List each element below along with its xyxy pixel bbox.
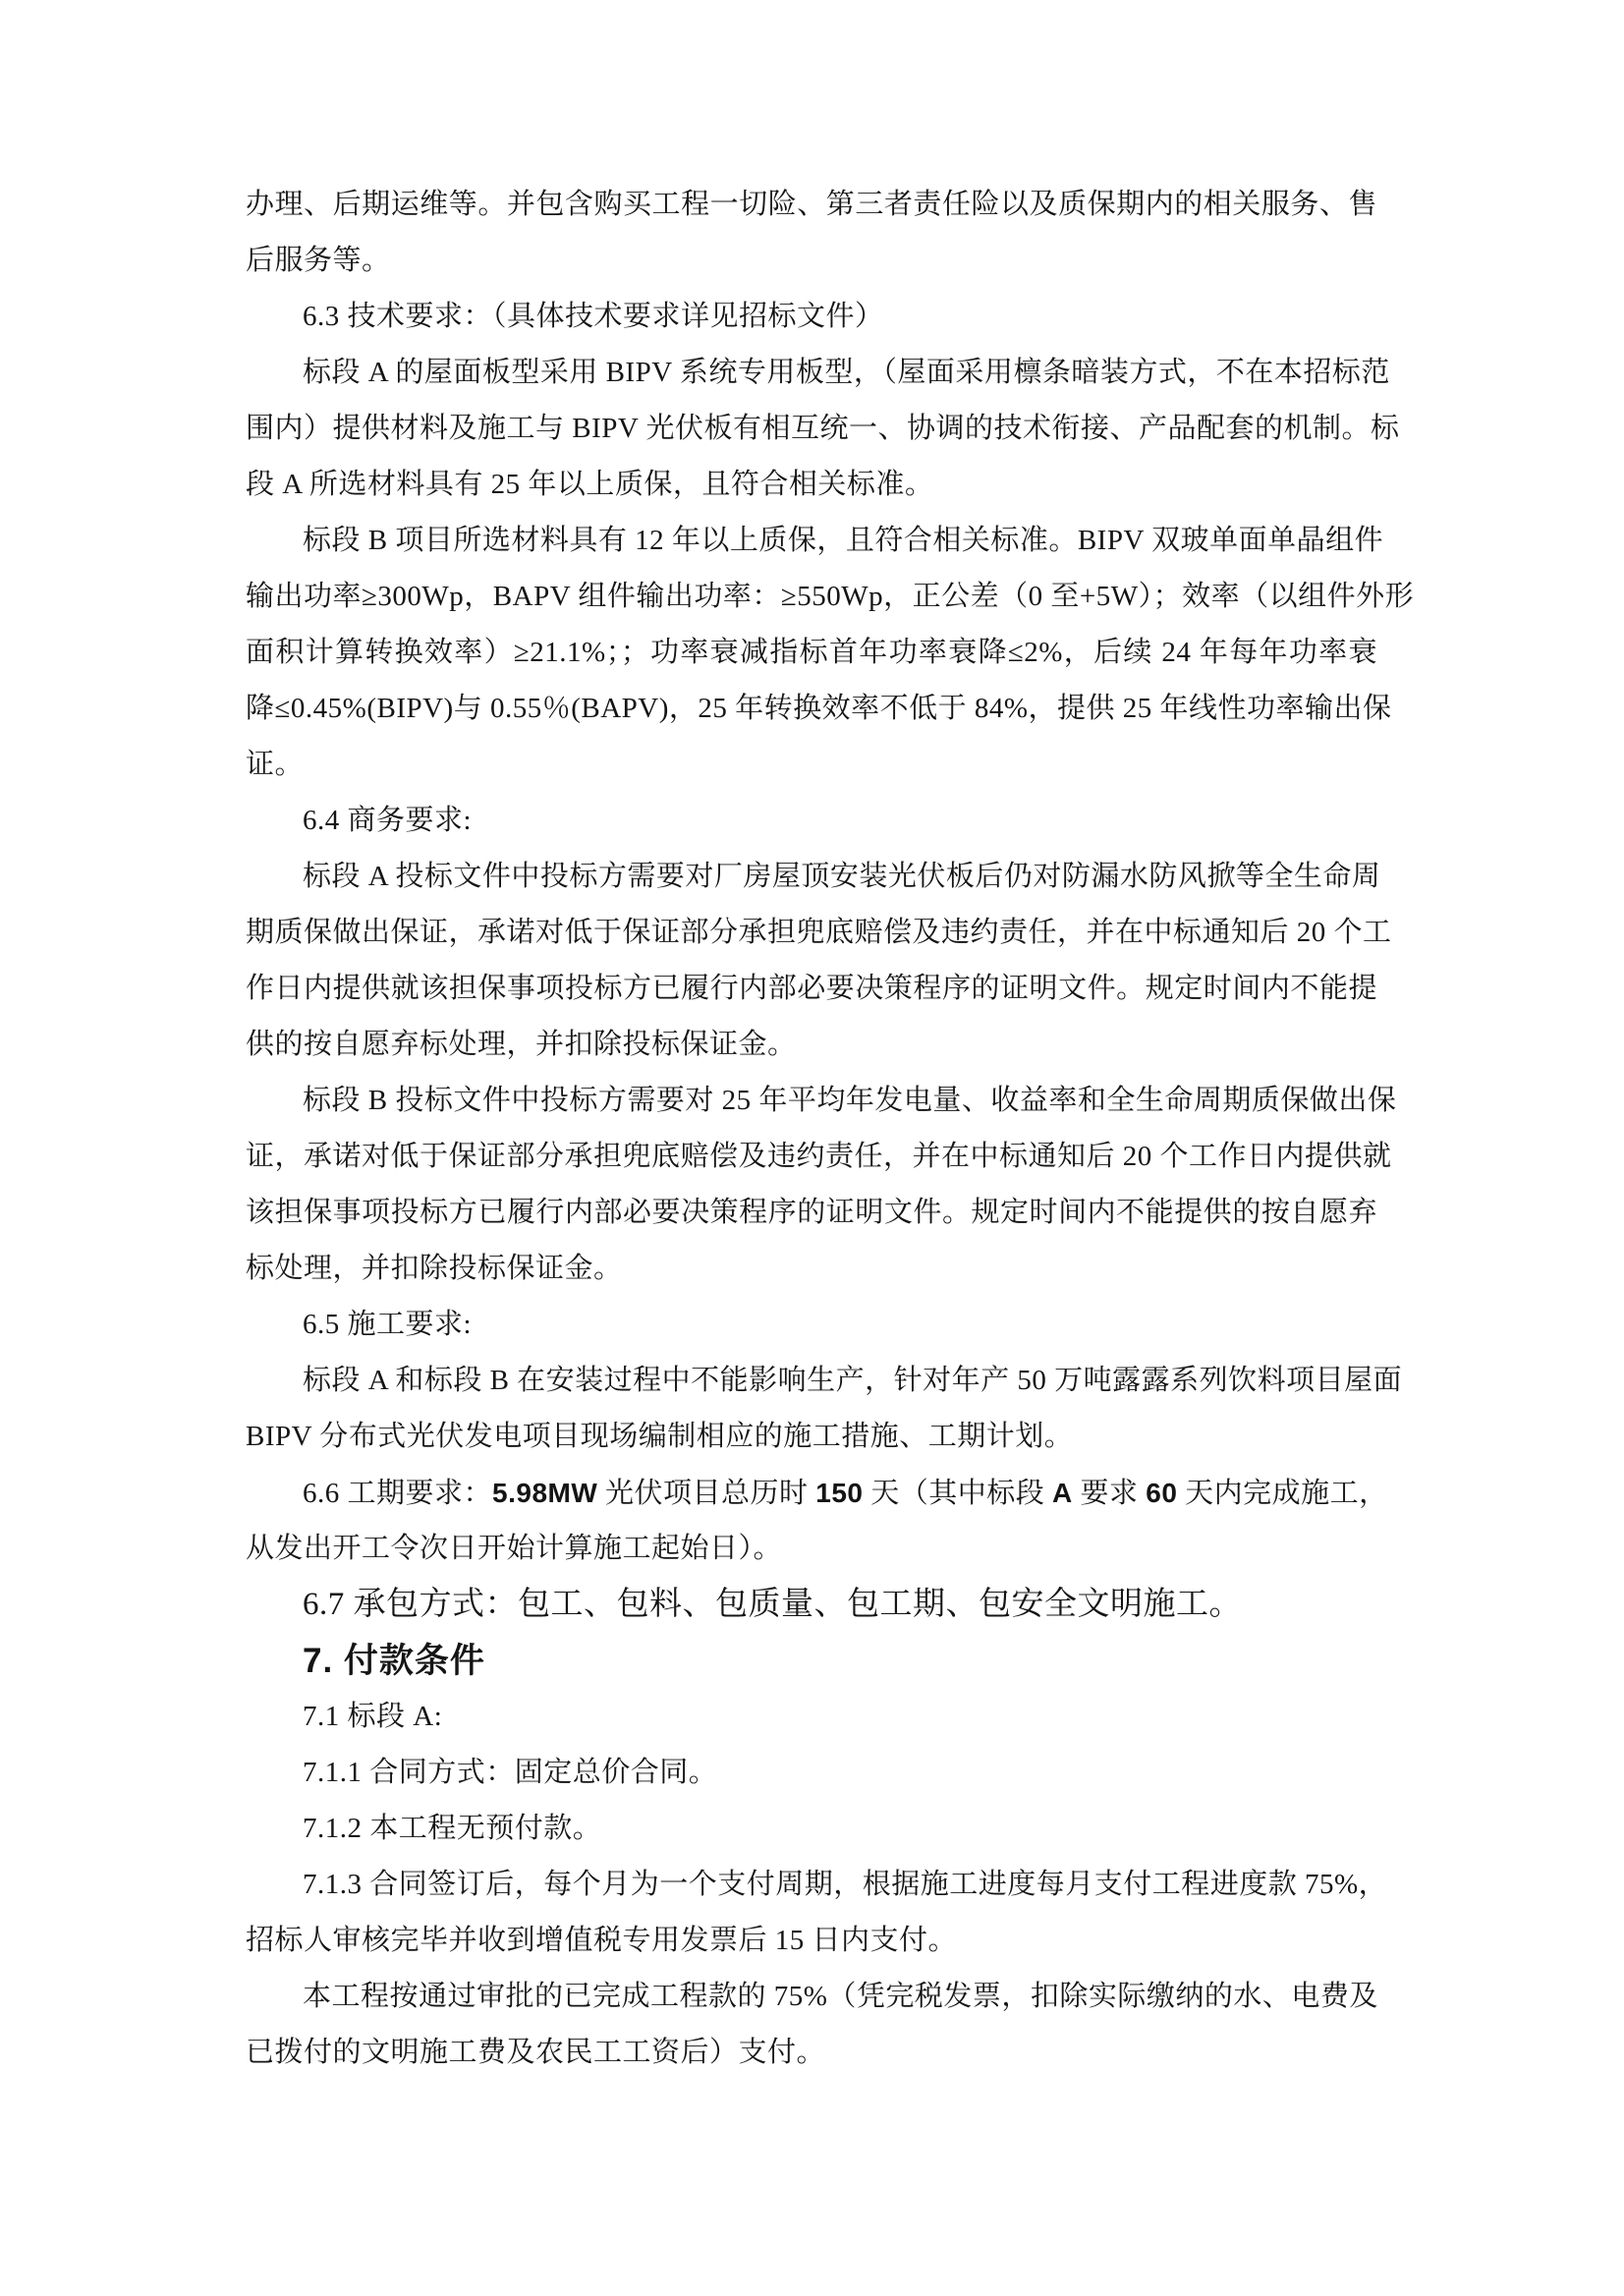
document-page: 办理、后期运维等。并包含购买工程一切险、第三者责任险以及质保期内的相关服务、售后… xyxy=(0,0,1624,2296)
text-run: 标段 B 项目所选材料具有 12 年以上质保，且符合相关标准。BIPV 双玻单面… xyxy=(303,525,1383,556)
text-run: 证。 xyxy=(246,749,304,780)
text-run: 本工程按通过审批的已完成工程款的 75%（凭完税发票，扣除实际缴纳的水、电费及 xyxy=(303,1981,1378,2012)
text-run: A xyxy=(1052,1478,1073,1508)
text-run: 从发出开工令次日开始计算施工起始日）。 xyxy=(246,1533,782,1564)
doc-line: 已拨付的文明施工费及农民工工资后）支付。 xyxy=(246,2025,1377,2081)
text-run: BIPV 分布式光伏发电项目现场编制相应的施工措施、工期计划。 xyxy=(246,1421,1073,1452)
text-run: 已拨付的文明施工费及农民工工资后）支付。 xyxy=(246,2037,825,2068)
doc-line: BIPV 分布式光伏发电项目现场编制相应的施工措施、工期计划。 xyxy=(246,1409,1377,1465)
doc-line: 围内）提供材料及施工与 BIPV 光伏板有相互统一、协调的技术衔接、产品配套的机… xyxy=(246,401,1377,457)
text-run: 天内完成施工， xyxy=(1177,1478,1387,1509)
doc-line: 6.4 商务要求: xyxy=(246,793,1377,849)
text-run: 供的按自愿弃标处理，并扣除投标保证金。 xyxy=(246,1029,797,1060)
doc-line: 证，承诺对低于保证部分承担兜底赔偿及违约责任，并在中标通知后 20 个工作日内提… xyxy=(246,1129,1377,1185)
text-run: 7. 付款条件 xyxy=(303,1642,485,1680)
doc-line: 后服务等。 xyxy=(246,233,1377,289)
doc-line: 证。 xyxy=(246,737,1377,793)
doc-line: 标段 A 和标段 B 在安装过程中不能影响生产，针对年产 50 万吨露露系列饮料… xyxy=(246,1353,1377,1409)
text-run: 6.4 商务要求: xyxy=(303,805,472,836)
text-run: 7.1.1 合同方式：固定总价合同。 xyxy=(303,1757,717,1788)
text-run: 该担保事项投标方已履行内部必要决策程序的证明文件。规定时间内不能提供的按自愿弃 xyxy=(246,1197,1377,1228)
doc-line: 7.1 标段 A: xyxy=(246,1689,1377,1745)
doc-line: 本工程按通过审批的已完成工程款的 75%（凭完税发票，扣除实际缴纳的水、电费及 xyxy=(246,1969,1377,2025)
doc-line: 段 A 所选材料具有 25 年以上质保，且符合相关标准。 xyxy=(246,457,1377,513)
text-run: 标段 B 投标文件中投标方需要对 25 年平均年发电量、收益率和全生命周期质保做… xyxy=(303,1085,1396,1116)
text-run: 后服务等。 xyxy=(246,245,391,276)
doc-line: 降≤0.45%(BIPV)与 0.55％(BAPV)，25 年转换效率不低于 8… xyxy=(246,681,1377,737)
text-run: 标段 A 的屋面板型采用 BIPV 系统专用板型，（屋面采用檩条暗装方式，不在本… xyxy=(303,357,1390,388)
text-run: 段 A 所选材料具有 25 年以上质保，且符合相关标准。 xyxy=(246,469,933,500)
text-run: 7.1 标段 A: xyxy=(303,1701,442,1732)
doc-line: 标段 B 项目所选材料具有 12 年以上质保，且符合相关标准。BIPV 双玻单面… xyxy=(246,513,1377,569)
doc-line: 7.1.1 合同方式：固定总价合同。 xyxy=(246,1745,1377,1801)
text-run: 办理、后期运维等。并包含购买工程一切险、第三者责任险以及质保期内的相关服务、售 xyxy=(246,189,1377,220)
text-run: 5.98MW xyxy=(492,1478,597,1508)
text-run: 期质保做出保证，承诺对低于保证部分承担兜底赔偿及违约责任，并在中标通知后 20 … xyxy=(246,917,1392,948)
doc-line: 6.6 工期要求：5.98MW 光伏项目总历时 150 天（其中标段 A 要求 … xyxy=(246,1465,1377,1521)
text-run: 6.6 工期要求： xyxy=(303,1478,492,1509)
text-run: 60 xyxy=(1146,1478,1177,1508)
text-run: 6.7 承包方式：包工、包料、包质量、包工期、包安全文明施工。 xyxy=(303,1587,1242,1622)
section-heading: 7. 付款条件 xyxy=(246,1633,1377,1689)
text-run: 面积计算转换效率）≥21.1%；；功率衰减指标首年功率衰降≤2%，后续 24 年… xyxy=(246,637,1377,668)
text-run: 围内）提供材料及施工与 BIPV 光伏板有相互统一、协调的技术衔接、产品配套的机… xyxy=(246,413,1400,444)
doc-line: 输出功率≥300Wp，BAPV 组件输出功率：≥550Wp，正公差（0 至+5W… xyxy=(246,569,1377,625)
doc-line: 标段 A 的屋面板型采用 BIPV 系统专用板型，（屋面采用檩条暗装方式，不在本… xyxy=(246,345,1377,401)
text-run: 降≤0.45%(BIPV)与 0.55％(BAPV)，25 年转换效率不低于 8… xyxy=(246,693,1392,724)
text-run: 作日内提供就该担保事项投标方已履行内部必要决策程序的证明文件。规定时间内不能提 xyxy=(246,973,1377,1004)
text-run: 标段 A 和标段 B 在安装过程中不能影响生产，针对年产 50 万吨露露系列饮料… xyxy=(303,1365,1402,1396)
doc-line: 供的按自愿弃标处理，并扣除投标保证金。 xyxy=(246,1017,1377,1073)
doc-line: 标处理，并扣除投标保证金。 xyxy=(246,1241,1377,1297)
text-run: 证，承诺对低于保证部分承担兜底赔偿及违约责任，并在中标通知后 20 个工作日内提… xyxy=(246,1141,1392,1172)
doc-line: 作日内提供就该担保事项投标方已履行内部必要决策程序的证明文件。规定时间内不能提 xyxy=(246,961,1377,1017)
doc-line: 7.1.3 合同签订后，每个月为一个支付周期，根据施工进度每月支付工程进度款 7… xyxy=(246,1857,1377,1913)
text-run: 招标人审核完毕并收到增值税专用发票后 15 日内支付。 xyxy=(246,1925,957,1956)
doc-line: 面积计算转换效率）≥21.1%；；功率衰减指标首年功率衰降≤2%，后续 24 年… xyxy=(246,625,1377,681)
text-run: 标处理，并扣除投标保证金。 xyxy=(246,1253,623,1284)
doc-line: 招标人审核完毕并收到增值税专用发票后 15 日内支付。 xyxy=(246,1913,1377,1969)
doc-line: 该担保事项投标方已履行内部必要决策程序的证明文件。规定时间内不能提供的按自愿弃 xyxy=(246,1185,1377,1241)
text-run: 6.5 施工要求: xyxy=(303,1309,472,1340)
text-run: 光伏项目总历时 xyxy=(597,1478,815,1509)
text-run: 7.1.3 合同签订后，每个月为一个支付周期，根据施工进度每月支付工程进度款 7… xyxy=(303,1869,1387,1900)
doc-line: 标段 B 投标文件中投标方需要对 25 年平均年发电量、收益率和全生命周期质保做… xyxy=(246,1073,1377,1129)
doc-line: 6.3 技术要求：（具体技术要求详见招标文件） xyxy=(246,289,1377,345)
doc-line: 办理、后期运维等。并包含购买工程一切险、第三者责任险以及质保期内的相关服务、售 xyxy=(246,177,1377,233)
text-run: 标段 A 投标文件中投标方需要对厂房屋顶安装光伏板后仍对防漏水防风掀等全生命周 xyxy=(303,861,1380,892)
text-run: 天（其中标段 xyxy=(864,1478,1053,1509)
doc-line: 6.7 承包方式：包工、包料、包质量、包工期、包安全文明施工。 xyxy=(246,1577,1377,1633)
text-run: 要求 xyxy=(1073,1478,1147,1509)
text-run: 150 xyxy=(815,1478,863,1508)
doc-line: 期质保做出保证，承诺对低于保证部分承担兜底赔偿及违约责任，并在中标通知后 20 … xyxy=(246,905,1377,961)
doc-line: 从发出开工令次日开始计算施工起始日）。 xyxy=(246,1521,1377,1577)
doc-line: 标段 A 投标文件中投标方需要对厂房屋顶安装光伏板后仍对防漏水防风掀等全生命周 xyxy=(246,849,1377,905)
text-run: 6.3 技术要求：（具体技术要求详见招标文件） xyxy=(303,301,884,332)
doc-line: 7.1.2 本工程无预付款。 xyxy=(246,1801,1377,1857)
text-run: 输出功率≥300Wp，BAPV 组件输出功率：≥550Wp，正公差（0 至+5W… xyxy=(246,581,1414,612)
document-text-column: 办理、后期运维等。并包含购买工程一切险、第三者责任险以及质保期内的相关服务、售后… xyxy=(246,177,1377,2081)
text-run: 7.1.2 本工程无预付款。 xyxy=(303,1813,601,1844)
doc-line: 6.5 施工要求: xyxy=(246,1297,1377,1353)
